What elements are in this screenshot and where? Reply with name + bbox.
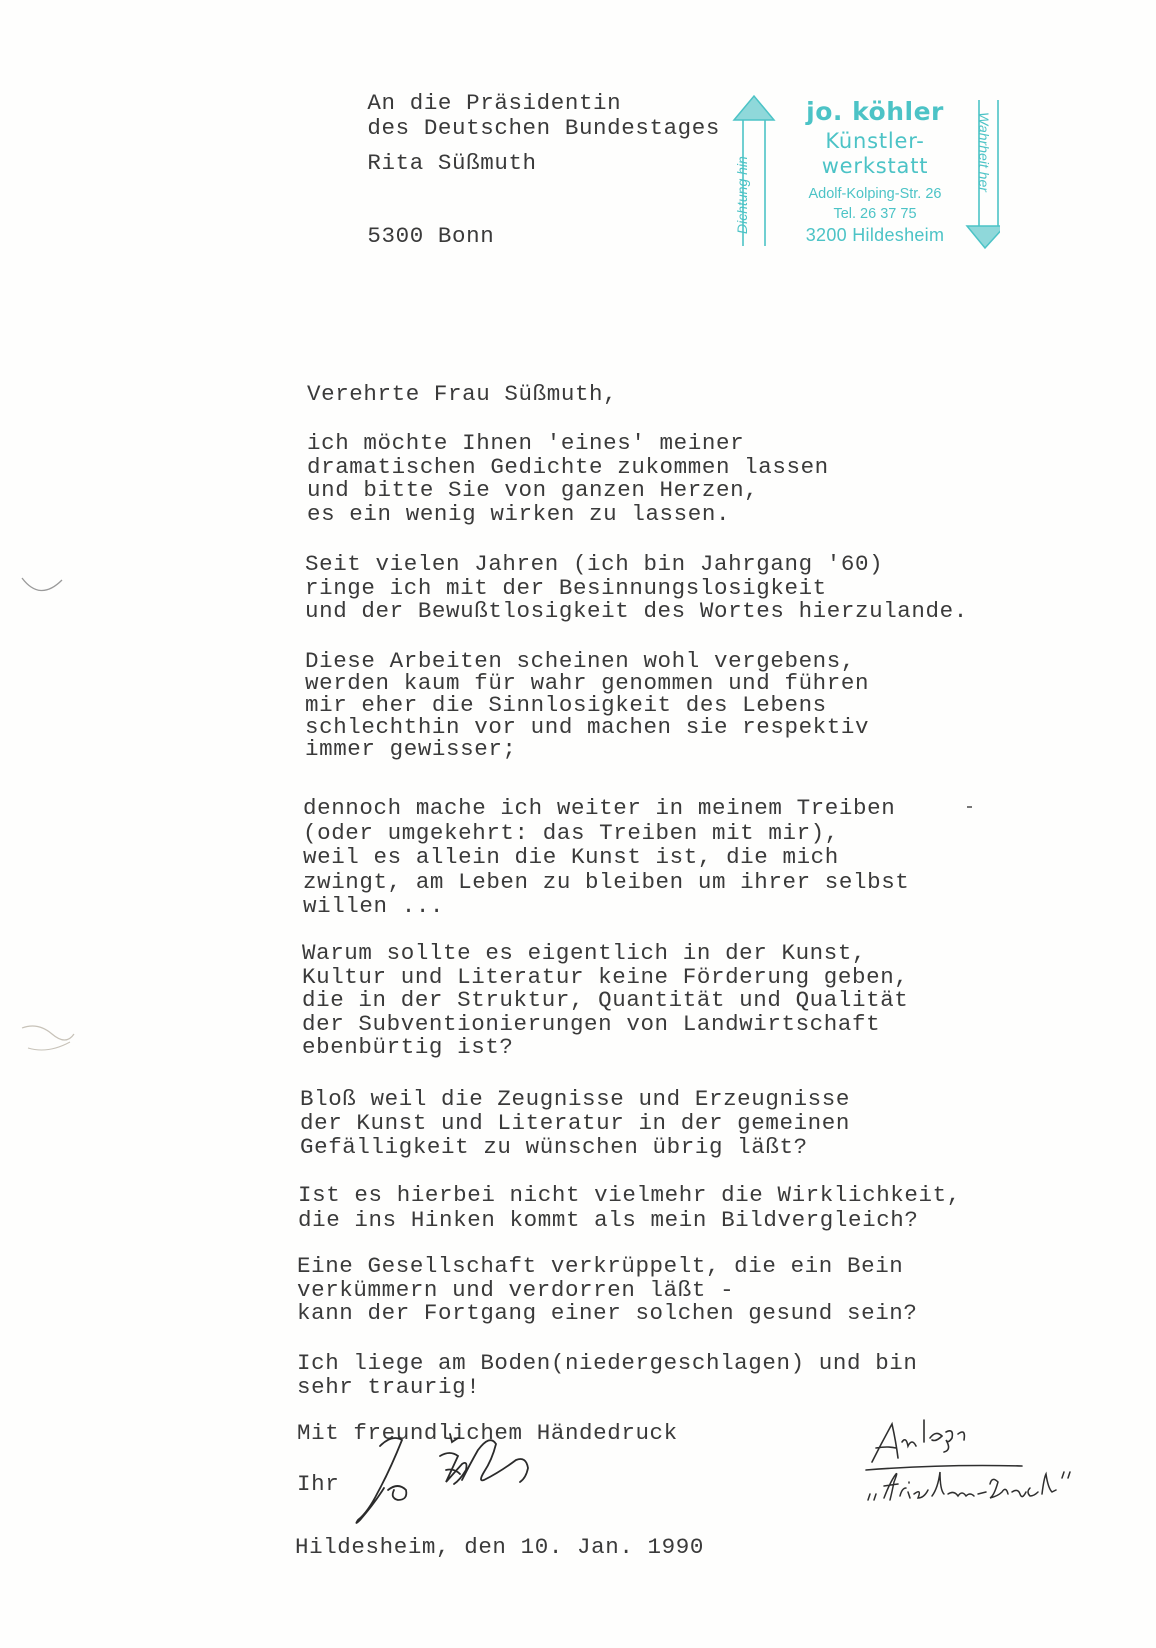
body-line: Gefälligkeit zu wünschen übrig läßt?: [300, 1135, 850, 1159]
stamp-label-wahrheit-her: Wahrheit her: [976, 112, 992, 192]
signature-prefix: Ihr: [297, 1473, 339, 1497]
body-paragraph: Eine Gesellschaft verkrüppelt, die ein B…: [297, 1255, 918, 1326]
body-line: werden kaum für wahr genommen und führen: [305, 672, 869, 694]
body-paragraph: ich möchte Ihnen 'eines' meinerdramatisc…: [307, 432, 829, 526]
body-line: willen ...: [303, 894, 909, 919]
body-line: ebenbürtig ist?: [302, 1036, 908, 1060]
body-line: Bloß weil die Zeugnisse und Erzeugnisse: [300, 1087, 850, 1111]
body-line: immer gewisser;: [305, 738, 869, 760]
body-paragraph: Bloß weil die Zeugnisse und Erzeugnissed…: [300, 1087, 850, 1159]
body-line: es ein wenig wirken zu lassen.: [307, 503, 829, 527]
body-paragraph: Ist es hierbei nicht vielmehr die Wirkli…: [298, 1183, 961, 1232]
body-line: der Kunst und Literatur in der gemeinen: [300, 1111, 850, 1135]
body-line: Warum sollte es eigentlich in der Kunst,: [302, 942, 908, 966]
handwritten-signature: [350, 1420, 570, 1530]
stamp-label-dichtung-hin: Dichtung hin: [734, 156, 750, 234]
body-paragraph: dennoch mache ich weiter in meinem Treib…: [303, 796, 909, 919]
body-line: Seit vielen Jahren (ich bin Jahrgang '60…: [305, 553, 968, 577]
body-line: der Subventionierungen von Landwirtschaf…: [302, 1013, 908, 1037]
arrow-down-icon: [967, 226, 1000, 248]
annotation-title-strokes: [862, 1412, 1102, 1512]
body-line: Ich liege am Boden(niedergeschlagen) und…: [297, 1351, 918, 1375]
handwritten-annotation: Anlage „friedens-bruch": [862, 1412, 1102, 1512]
body-line: zwingt, am Leben zu bleiben um ihrer sel…: [303, 870, 909, 895]
letter-page: An die Präsidentin des Deutschen Bundest…: [0, 0, 1156, 1648]
stamp-phone: Tel. 26 37 75: [782, 206, 968, 222]
letterhead-stamp: Dichtung hin Wahrheit her jo. köhler Kün…: [730, 92, 1000, 252]
body-line: und bitte Sie von ganzen Herzen,: [307, 479, 829, 503]
body-line: mir eher die Sinnlosigkeit des Lebens: [305, 694, 869, 716]
body-line: dramatischen Gedichte zukommen lassen: [307, 456, 829, 480]
body-line: ich möchte Ihnen 'eines' meiner: [307, 432, 829, 456]
body-line: Diese Arbeiten scheinen wohl vergebens,: [305, 650, 869, 672]
stamp-street: Adolf-Kolping-Str. 26: [782, 186, 968, 202]
body-line: (oder umgekehrt: das Treiben mit mir),: [303, 821, 909, 846]
stray-mark: [967, 806, 972, 808]
recipient-name: Rita Süßmuth: [367, 152, 536, 176]
body-line: Ist es hierbei nicht vielmehr die Wirkli…: [298, 1183, 961, 1208]
recipient-city: 5300 Bonn: [367, 225, 494, 249]
arrow-up-icon: [734, 96, 774, 120]
salutation: Verehrte Frau Süßmuth,: [307, 383, 617, 407]
body-line: Eine Gesellschaft verkrüppelt, die ein B…: [297, 1255, 918, 1279]
stamp-subtitle-1: Künstler-: [782, 129, 968, 153]
body-line: ringe ich mit der Besinnungslosigkeit: [305, 577, 968, 601]
recipient-address: An die Präsidentin des Deutschen Bundest…: [311, 92, 367, 233]
body-line: dennoch mache ich weiter in meinem Treib…: [303, 796, 909, 821]
stamp-city: 3200 Hildesheim: [782, 225, 968, 246]
punch-hole-mark-top: [18, 570, 68, 610]
body-line: Kultur und Literatur keine Förderung geb…: [302, 966, 908, 990]
place-date: Hildesheim, den 10. Jan. 1990: [295, 1536, 704, 1560]
body-line: die in der Struktur, Quantität und Quali…: [302, 989, 908, 1013]
body-paragraph: Ich liege am Boden(niedergeschlagen) und…: [297, 1351, 918, 1399]
body-paragraph: Warum sollte es eigentlich in der Kunst,…: [302, 942, 908, 1060]
body-line: die ins Hinken kommt als mein Bildvergle…: [298, 1208, 961, 1233]
recipient-line1: An die Präsidentin: [367, 92, 621, 116]
recipient-line2: des Deutschen Bundestages: [367, 117, 720, 141]
body-line: und der Bewußtlosigkeit des Wortes hierz…: [305, 600, 968, 624]
body-line: schlechthin vor und machen sie respektiv: [305, 716, 869, 738]
stamp-subtitle-2: werkstatt: [782, 154, 968, 178]
body-paragraph: Diese Arbeiten scheinen wohl vergebens,w…: [305, 650, 869, 760]
body-line: weil es allein die Kunst ist, die mich: [303, 845, 909, 870]
body-paragraph: Seit vielen Jahren (ich bin Jahrgang '60…: [305, 553, 968, 624]
body-line: kann der Fortgang einer solchen gesund s…: [297, 1302, 918, 1326]
body-line: sehr traurig!: [297, 1375, 918, 1399]
stamp-name: jo. köhler: [800, 97, 950, 126]
body-line: verkümmern und verdorren läßt -: [297, 1279, 918, 1303]
punch-hole-mark-bottom: [18, 1020, 78, 1060]
